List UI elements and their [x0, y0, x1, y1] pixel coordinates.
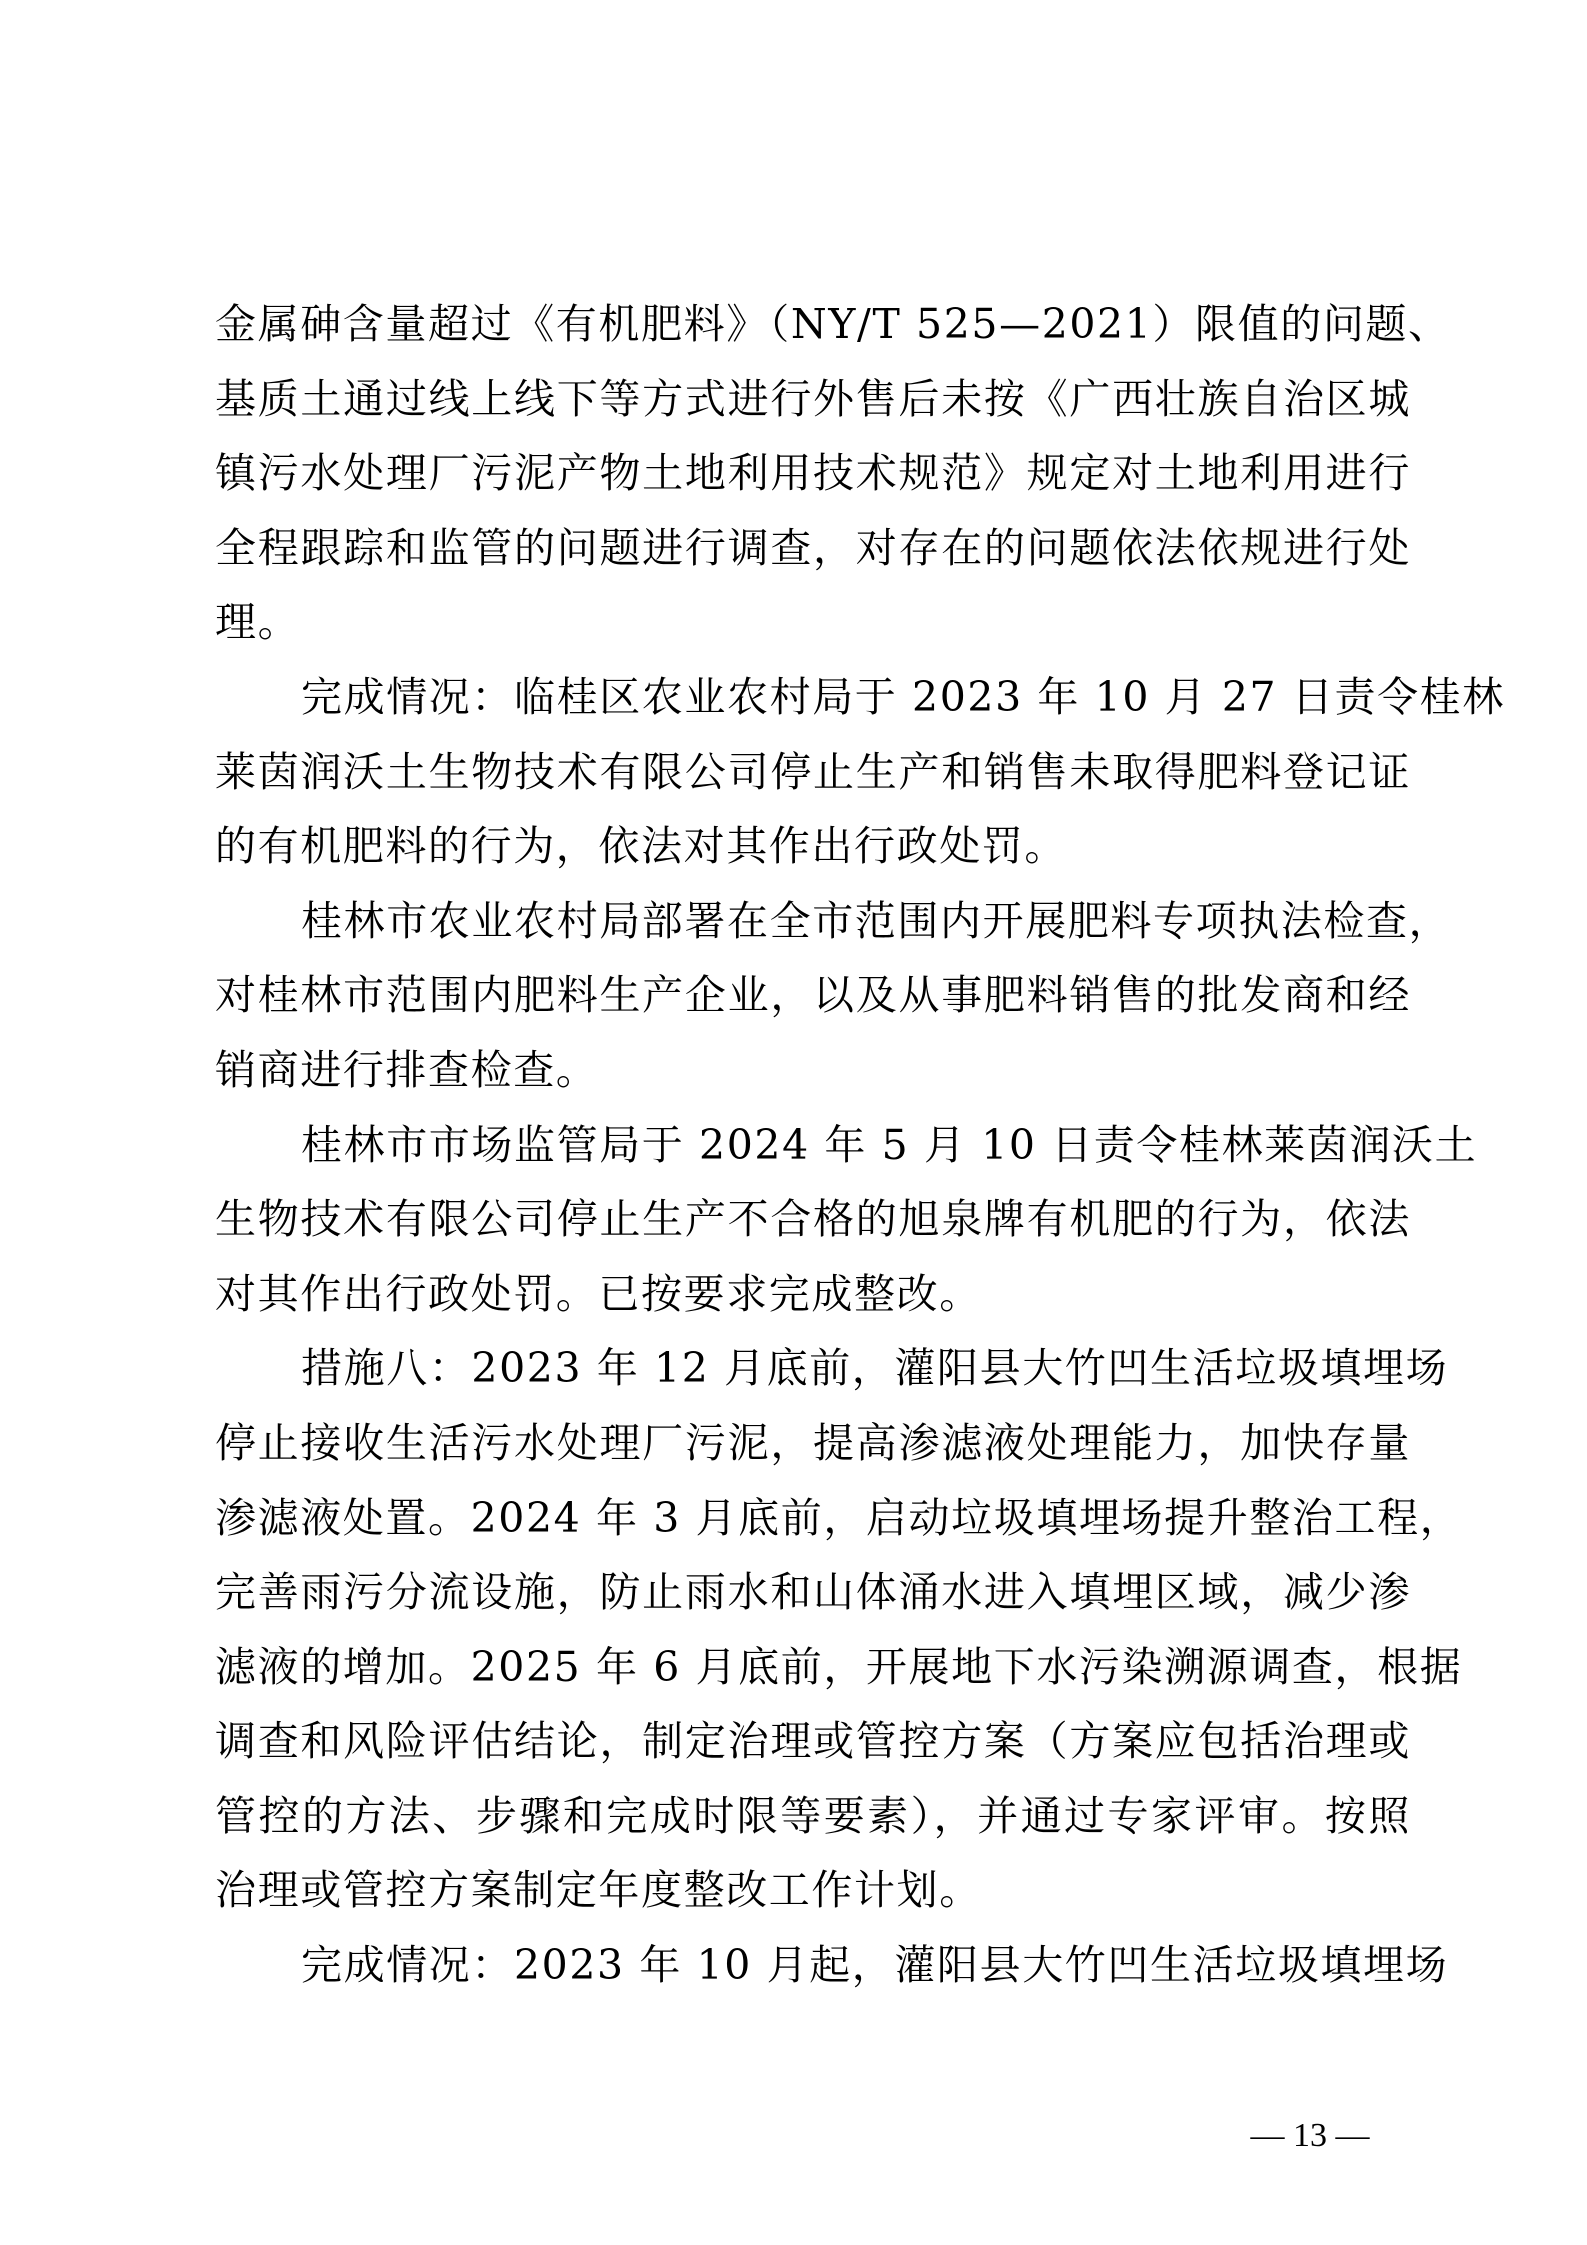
- paragraph-line: 全程跟踪和监管的问题进行调查，对存在的问题依法依规进行处: [215, 511, 1411, 586]
- paragraph-line: 的有机肥料的行为，依法对其作出行政处罚。: [215, 809, 1411, 884]
- paragraph-line: 调查和风险评估结论，制定治理或管控方案（方案应包括治理或: [215, 1704, 1411, 1779]
- paragraph-line: 治理或管控方案制定年度整改工作计划。: [215, 1853, 1411, 1928]
- paragraph-line: 镇污水处理厂污泥产物土地利用技术规范》规定对土地利用进行: [215, 436, 1411, 511]
- paragraph-line: 桂林市市场监管局于 2024 年 5 月 10 日责令桂林莱茵润沃土: [215, 1108, 1411, 1183]
- paragraph-line: 桂林市农业农村局部署在全市范围内开展肥料专项执法检查，: [215, 884, 1411, 959]
- paragraph-line: 对桂林市范围内肥料生产企业，以及从事肥料销售的批发商和经: [215, 958, 1411, 1033]
- paragraph-line: 生物技术有限公司停止生产不合格的旭泉牌有机肥的行为，依法: [215, 1182, 1411, 1257]
- paragraph-line: 莱茵润沃土生物技术有限公司停止生产和销售未取得肥料登记证: [215, 735, 1411, 810]
- paragraph-line: 完成情况：2023 年 10 月起，灌阳县大竹凹生活垃圾填埋场: [215, 1928, 1411, 2003]
- page-number: — 13 —: [1230, 2114, 1390, 2158]
- paragraph-line: 滤液的增加。2025 年 6 月底前，开展地下水污染溯源调查，根据: [215, 1630, 1411, 1705]
- paragraph-line: 基质土通过线上线下等方式进行外售后未按《广西壮族自治区城: [215, 362, 1411, 437]
- paragraph-line: 金属砷含量超过《有机肥料》（NY/T 525—2021）限值的问题、: [215, 287, 1411, 362]
- document-body: 金属砷含量超过《有机肥料》（NY/T 525—2021）限值的问题、 基质土通过…: [215, 287, 1411, 2003]
- paragraph-line: 完成情况：临桂区农业农村局于 2023 年 10 月 27 日责令桂林: [215, 660, 1411, 735]
- paragraph-line: 完善雨污分流设施，防止雨水和山体涌水进入填埋区域，减少渗: [215, 1555, 1411, 1630]
- paragraph-line: 管控的方法、步骤和完成时限等要素），并通过专家评审。按照: [215, 1779, 1411, 1854]
- document-page: 金属砷含量超过《有机肥料》（NY/T 525—2021）限值的问题、 基质土通过…: [0, 0, 1587, 2245]
- paragraph-line: 措施八：2023 年 12 月底前，灌阳县大竹凹生活垃圾填埋场: [215, 1331, 1411, 1406]
- paragraph-line: 渗滤液处置。2024 年 3 月底前，启动垃圾填埋场提升整治工程，: [215, 1481, 1411, 1556]
- paragraph-line: 停止接收生活污水处理厂污泥，提高渗滤液处理能力，加快存量: [215, 1406, 1411, 1481]
- paragraph-line: 销商进行排查检查。: [215, 1033, 1411, 1108]
- paragraph-line: 对其作出行政处罚。已按要求完成整改。: [215, 1257, 1411, 1332]
- paragraph-line: 理。: [215, 585, 1411, 660]
